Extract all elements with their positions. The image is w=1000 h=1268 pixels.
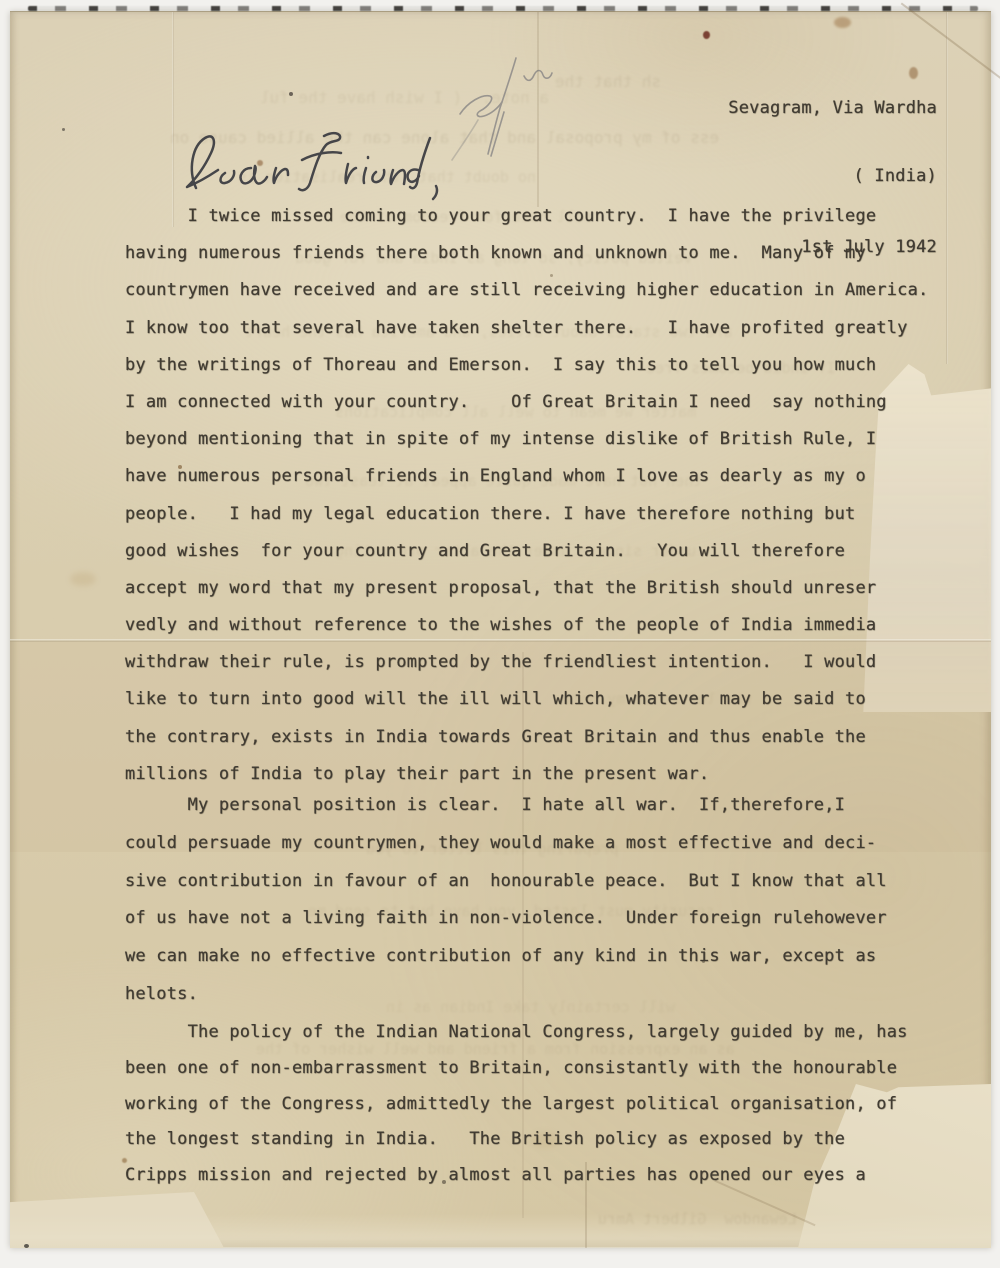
- letter-line: withdraw their rule, is prompted by the …: [125, 644, 955, 681]
- letter-line: have numerous personal friends in Englan…: [125, 458, 955, 495]
- letter-line: helots.: [125, 976, 955, 1014]
- letter-line: having numerous friends there both known…: [125, 235, 955, 272]
- header-location: Sevagram, Via Wardha: [728, 94, 937, 122]
- letter-line: I am connected with your country. Of Gre…: [125, 384, 955, 421]
- letter-line: beyond mentioning that in spite of my in…: [125, 421, 955, 458]
- letter-line: people. I had my legal education there. …: [125, 496, 955, 533]
- letter-line: we can make no effective contribution of…: [125, 938, 955, 976]
- letter-line: like to turn into good will the ill will…: [125, 681, 955, 718]
- letter-line: I know too that several have taken shelt…: [125, 310, 955, 347]
- letter-line: the longest standing in India. The Briti…: [125, 1122, 955, 1158]
- letter-line: The policy of the Indian National Congre…: [125, 1015, 955, 1051]
- paper-bottom-light-strip: [10, 1214, 991, 1248]
- letter-line: My personal position is clear. I hate al…: [125, 787, 955, 825]
- paragraph-2: My personal position is clear. I hate al…: [125, 787, 955, 1014]
- letter-line: accept my word that my present proposal,…: [125, 570, 955, 607]
- paragraph-3: The policy of the Indian National Congre…: [125, 1015, 955, 1194]
- header-country: ( India): [728, 162, 937, 190]
- letter-line: vedly and without reference to the wishe…: [125, 607, 955, 644]
- letter-line: countrymen have received and are still r…: [125, 272, 955, 309]
- pencil-annotation: [438, 50, 588, 175]
- speck: [289, 92, 293, 96]
- letter-line: working of the Congress, admittedly the …: [125, 1087, 955, 1123]
- stain-maroon-speck: [703, 31, 710, 39]
- letter-line: been one of non-embarrassment to Britain…: [125, 1051, 955, 1087]
- paragraph-1: I twice missed coming to your great coun…: [125, 198, 955, 793]
- vertical-crease-left: [172, 12, 174, 227]
- letter-line: sive contribution in favour of an honour…: [125, 863, 955, 901]
- torn-top-edge: [28, 6, 978, 11]
- letter-line: Cripps mission and rejected by almost al…: [125, 1158, 955, 1194]
- letter-paper-sheet: sh that thea note. ( I wish have the ful…: [10, 11, 991, 1247]
- letter-line: I twice missed coming to your great coun…: [125, 198, 955, 235]
- letter-line: could persuade my countrymen, they would…: [125, 825, 955, 863]
- letter-scan-page: sh that thea note. ( I wish have the ful…: [0, 0, 1000, 1268]
- letter-line: by the writings of Thoreau and Emerson. …: [125, 347, 955, 384]
- stain-brown-smudge: [834, 17, 851, 28]
- stain-soft: [70, 572, 96, 586]
- speck: [62, 128, 65, 131]
- letter-line: the contrary, exists in India towards Gr…: [125, 719, 955, 756]
- letter-line: good wishes for your country and Great B…: [125, 533, 955, 570]
- letter-line: of us have not a living faith in non-vio…: [125, 900, 955, 938]
